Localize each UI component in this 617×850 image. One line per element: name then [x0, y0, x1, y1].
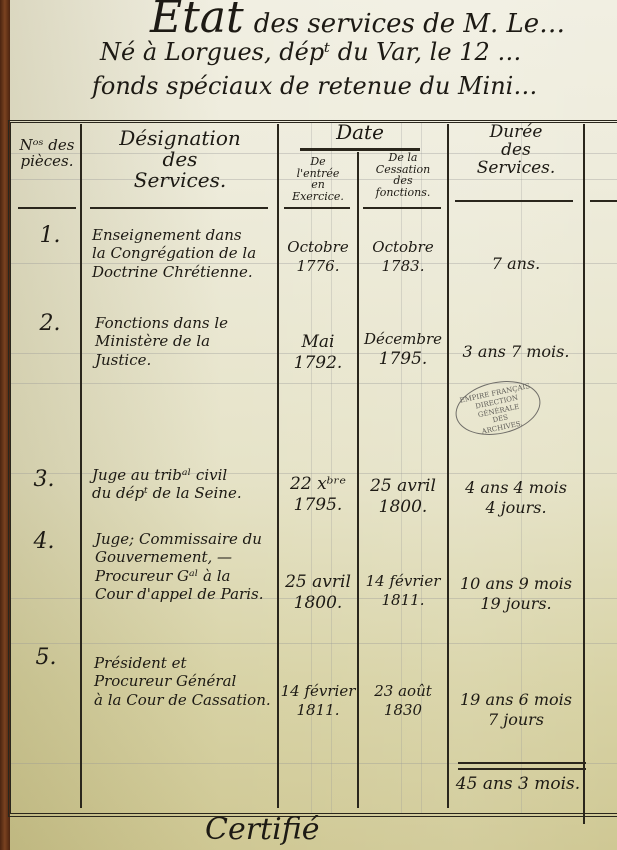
desc-line: Fonctions dans le	[95, 314, 275, 332]
row-1-duration: 7 ans.	[452, 254, 580, 274]
desc-line: Cour d'appel de Paris.	[95, 585, 277, 603]
dur-line: 10 ans 9 mois	[452, 574, 580, 594]
col-divider	[447, 124, 449, 808]
date-line: Mai	[279, 332, 357, 353]
title-word: Etat	[150, 0, 244, 43]
row-1-end: Octobre 1783.	[359, 238, 447, 276]
header-duration: Durée des Services.	[452, 124, 580, 178]
desc-line: Ministère de la	[95, 332, 275, 350]
date-line: 1800.	[359, 497, 447, 518]
row-1-num: 1.	[30, 224, 70, 247]
dur-line: 4 ans 4 mois	[452, 478, 580, 498]
title-rest: des services de M. Le…	[254, 9, 565, 39]
desc-line: la Congrégation de la	[92, 244, 274, 262]
header-num: Nᵒˢ des pièces.	[18, 138, 76, 170]
desc-line: Doctrine Chrétienne.	[92, 263, 274, 281]
row-5-designation: Président et Procureur Général à la Cour…	[94, 654, 276, 709]
date-line: 25 avril	[359, 476, 447, 497]
row-2-designation: Fonctions dans le Ministère de la Justic…	[95, 314, 275, 369]
h-entry-l1: De	[279, 156, 357, 168]
date-line: 14 février	[359, 572, 447, 591]
funds-line: fonds spéciaux de retenue du Mini…	[92, 72, 537, 100]
header-underline	[284, 207, 350, 209]
birth-line: Né à Lorgues, dépᵗ du Var, le 12 …	[100, 38, 521, 66]
header-designation-l2: des	[86, 149, 274, 170]
row-1-designation: Enseignement dans la Congrégation de la …	[92, 226, 274, 281]
h-end-l4: fonctions.	[359, 187, 447, 199]
row-4-duration: 10 ans 9 mois 19 jours.	[452, 574, 580, 614]
total-double-rule	[458, 762, 586, 770]
row-5-duration: 19 ans 6 mois 7 jours	[452, 690, 580, 730]
header-underline	[18, 207, 76, 209]
date-line: 25 avril	[279, 572, 357, 593]
h-dur-l2: des	[452, 142, 580, 160]
row-1-entry: Octobre 1776.	[279, 238, 357, 276]
col-divider	[80, 124, 82, 808]
dur-line: 4 jours.	[452, 498, 580, 518]
row-5-end: 23 août 1830	[359, 682, 447, 720]
date-line: 1800.	[279, 593, 357, 614]
row-3-end: 25 avril 1800.	[359, 476, 447, 519]
row-3-designation: Juge au tribᵃˡ civil du dépᵗ de la Seine…	[92, 466, 276, 503]
total-duration: 45 ans 3 mois.	[452, 774, 584, 795]
desc-line: Gouvernement, —	[95, 548, 277, 566]
date-line: 1795.	[359, 349, 447, 370]
header-underline	[90, 207, 268, 209]
h-end-l3: des	[359, 175, 447, 187]
date-line: 1830	[359, 701, 447, 720]
desc-line: à la Cour de Cassation.	[94, 691, 276, 709]
date-line: 1811.	[359, 591, 447, 610]
row-5-entry: 14 février 1811.	[279, 682, 357, 720]
row-4-entry: 25 avril 1800.	[279, 572, 357, 615]
desc-line: Justice.	[95, 351, 275, 369]
desc-line: Président et	[94, 654, 276, 672]
desc-line: Procureur Gᵃˡ à la	[95, 567, 277, 585]
dur-line: 7 jours	[452, 710, 580, 730]
date-line: 22 xᵇʳᵉ	[279, 474, 357, 495]
desc-line: Juge au tribᵃˡ civil	[92, 466, 276, 484]
date-line: 1783.	[359, 257, 447, 276]
header-underline	[590, 200, 617, 202]
row-2-duration: 3 ans 7 mois.	[452, 342, 580, 362]
desc-line: Juge; Commissaire du	[95, 530, 277, 548]
header-date-entry: De l'entrée en Exercice.	[279, 156, 357, 202]
dur-line: 3 ans 7 mois.	[452, 342, 580, 362]
row-5-num: 5.	[26, 646, 66, 669]
row-4-end: 14 février 1811.	[359, 572, 447, 610]
header-date-end: De la Cessation des fonctions.	[359, 152, 447, 198]
row-3-num: 3.	[24, 468, 64, 491]
header-designation-l1: Désignation	[86, 128, 274, 149]
date-line: 23 août	[359, 682, 447, 701]
desc-line: du dépᵗ de la Seine.	[92, 484, 276, 502]
date-line: 1792.	[279, 353, 357, 374]
dur-line: 19 ans 6 mois	[452, 690, 580, 710]
dur-line: 19 jours.	[452, 594, 580, 614]
h-entry-l4: Exercice.	[279, 191, 357, 203]
row-3-duration: 4 ans 4 mois 4 jours.	[452, 478, 580, 518]
header-num-text: Nᵒˢ des pièces.	[20, 136, 75, 170]
certification-text: Certifié	[205, 812, 319, 847]
row-3-entry: 22 xᵇʳᵉ 1795.	[279, 474, 357, 517]
header-underline	[363, 207, 441, 209]
row-2-end: Décembre 1795.	[359, 330, 447, 370]
date-line: 14 février	[279, 682, 357, 701]
row-4-designation: Juge; Commissaire du Gouvernement, — Pro…	[95, 530, 277, 603]
date-line: 1811.	[279, 701, 357, 720]
desc-line: Procureur Général	[94, 672, 276, 690]
date-line: Octobre	[279, 238, 357, 257]
h-entry-l3: en	[279, 179, 357, 191]
date-line: Octobre	[359, 238, 447, 257]
col-divider	[583, 124, 585, 824]
date-line: 1795.	[279, 495, 357, 516]
header-underline	[455, 200, 573, 202]
header-date: Date	[300, 122, 420, 143]
desc-line: Enseignement dans	[92, 226, 274, 244]
row-4-num: 4.	[24, 530, 64, 553]
row-2-entry: Mai 1792.	[279, 332, 357, 375]
header-designation: Désignation des Services.	[86, 128, 274, 191]
row-2-num: 2.	[30, 312, 70, 335]
header-designation-l3: Services.	[86, 170, 274, 191]
date-line: 1776.	[279, 257, 357, 276]
h-dur-l3: Services.	[452, 160, 580, 178]
dur-line: 7 ans.	[452, 254, 580, 274]
document-title: Etatdes services de M. Le…	[150, 0, 565, 43]
date-line: Décembre	[359, 330, 447, 349]
h-end-l1: De la	[359, 152, 447, 164]
